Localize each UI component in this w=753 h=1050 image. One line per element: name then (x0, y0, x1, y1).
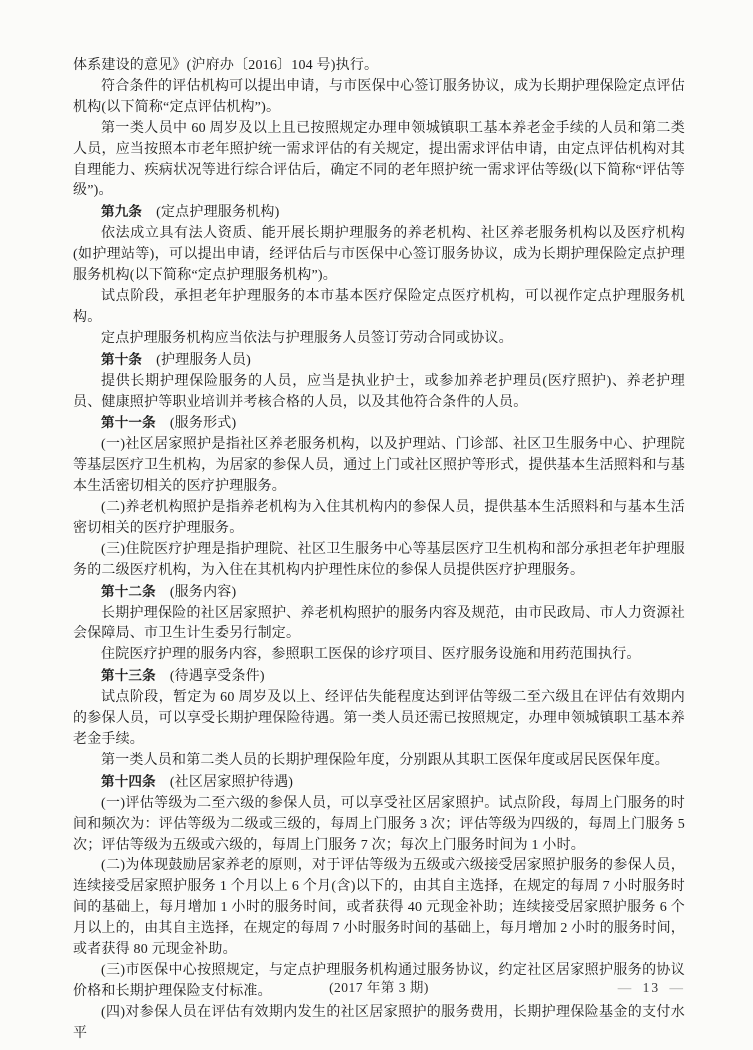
article-number: 第十条 (101, 352, 142, 367)
article-title: (定点护理服务机构) (156, 205, 279, 220)
page-footer: (2017 年第 3 期) — 13 — (73, 977, 685, 999)
paragraph: (一)社区居家照护是指社区养老服务机构，以及护理站、门诊部、社区卫生服务中心、护… (73, 435, 685, 498)
article-number: 第十二条 (101, 584, 156, 599)
paragraph: (一)评估等级为二至六级的参保人员，可以享受社区居家照护。试点阶段，每周上门服务… (73, 794, 685, 857)
article-number: 第十四条 (101, 774, 156, 789)
article-heading: 第十四条(社区居家照护待遇) (73, 772, 685, 794)
article-heading: 第十二条(服务内容) (73, 582, 685, 604)
paragraph: 符合条件的评估机构可以提出申请，与市医保中心签订服务协议，成为长期护理保险定点评… (73, 77, 685, 119)
paragraph: 第一类人员和第二类人员的长期护理保险年度，分别跟从其职工医保年度或居民医保年度。 (73, 751, 685, 772)
paragraph: 体系建设的意见》(沪府办〔2016〕104 号)执行。 (73, 56, 685, 77)
paragraph: 长期护理保险的社区居家照护、养老机构照护的服务内容及规范，由市民政局、市人力资源… (73, 604, 685, 646)
paragraph: (四)对参保人员在评估有效期内发生的社区居家照护的服务费用，长期护理保险基金的支… (73, 1003, 685, 1045)
document-page: 体系建设的意见》(沪府办〔2016〕104 号)执行。符合条件的评估机构可以提出… (0, 0, 753, 1050)
paragraph: 第一类人员中 60 周岁及以上且已按照规定办理申领城镇职工基本养老金手续的人员和… (73, 119, 685, 203)
paragraph: 试点阶段，暂定为 60 周岁及以上、经评估失能程度达到评估等级二至六级且在评估有… (73, 688, 685, 751)
article-title: (服务内容) (170, 585, 237, 600)
paragraph: 提供长期护理保险服务的人员，应当是执业护士，或参加养老护理员(医疗照护)、养老护… (73, 372, 685, 414)
article-title: (护理服务人员) (156, 353, 251, 368)
page-number-dash-right: — (670, 980, 686, 995)
article-heading: 第九条(定点护理服务机构) (73, 202, 685, 224)
paragraph: 试点阶段，承担老年护理服务的本市基本医疗保险定点医疗机构，可以视作定点护理服务机… (73, 287, 685, 329)
article-number: 第十三条 (101, 668, 156, 683)
paragraph: (二)养老机构照护是指养老机构为入住其机构内的参保人员，提供基本生活照料和与基本… (73, 498, 685, 540)
article-heading: 第十三条(待遇享受条件) (73, 666, 685, 688)
article-title: (社区居家照护待遇) (170, 775, 293, 790)
page-number-dash-left: — (618, 980, 634, 995)
article-number: 第十一条 (101, 415, 156, 430)
article-heading: 第十条(护理服务人员) (73, 350, 685, 372)
paragraph: (二)为体现鼓励居家养老的原则，对于评估等级为五级或六级接受居家照护服务的参保人… (73, 856, 685, 961)
article-number: 第九条 (101, 204, 142, 219)
article-title: (服务形式) (170, 416, 237, 431)
article-heading: 第十一条(服务形式) (73, 413, 685, 435)
page-number: — 13 — (618, 977, 685, 999)
paragraph: (三)住院医疗护理是指护理院、社区卫生服务中心等基层医疗卫生机构和部分承担老年护… (73, 540, 685, 582)
issue-label: (2017 年第 3 期) (73, 977, 685, 999)
paragraph: 住院医疗护理的服务内容，参照职工医保的诊疗项目、医疗服务设施和用药范围执行。 (73, 645, 685, 666)
document-body: 体系建设的意见》(沪府办〔2016〕104 号)执行。符合条件的评估机构可以提出… (73, 56, 685, 1045)
page-number-value: 13 (639, 980, 665, 995)
paragraph: 依法成立具有法人资质、能开展长期护理服务的养老机构、社区养老服务机构以及医疗机构… (73, 224, 685, 287)
article-title: (待遇享受条件) (170, 669, 265, 684)
paragraph: 定点护理服务机构应当依法与护理服务人员签订劳动合同或协议。 (73, 329, 685, 350)
